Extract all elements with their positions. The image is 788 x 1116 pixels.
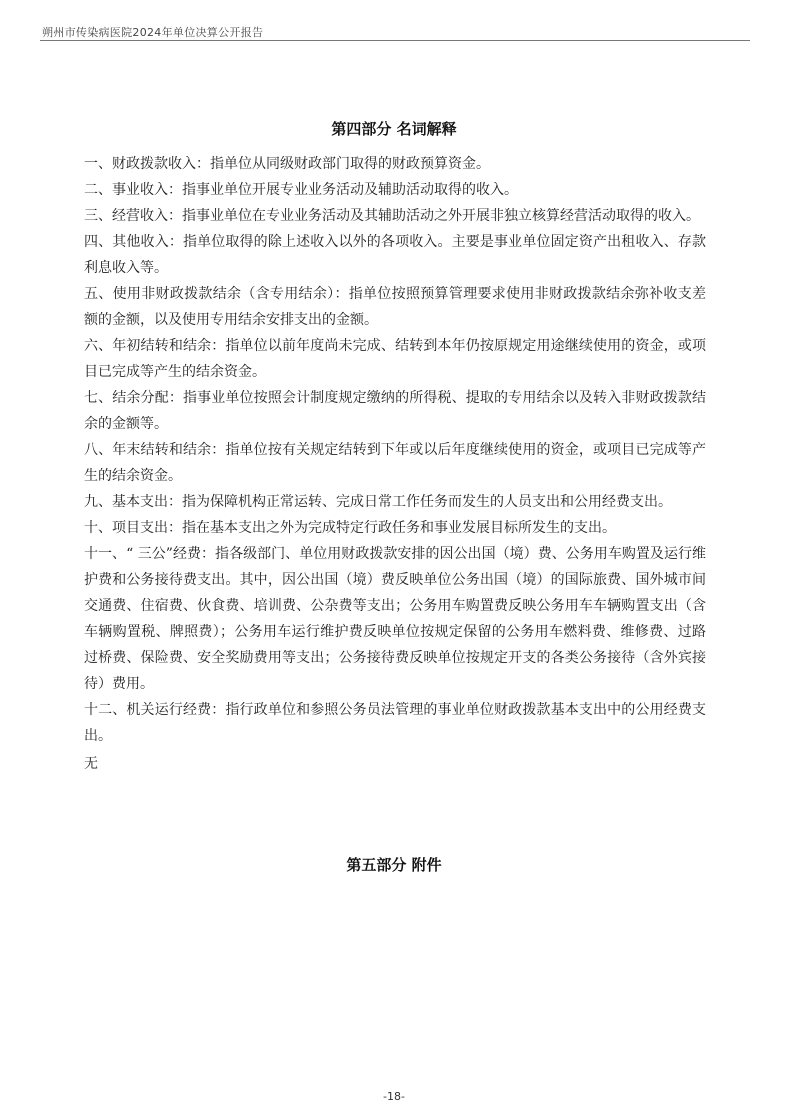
- definition-item: 十一、“ 三公”经费：指各级部门、单位用财政拨款安排的因公出国（境）费、公务用车…: [84, 541, 706, 697]
- report-title: 朔州市传染病医院2024年单位决算公开报告: [42, 24, 263, 40]
- definition-item: 二、事业收入：指事业单位开展专业业务活动及辅助活动取得的收入。: [84, 177, 706, 203]
- definition-item: 五、使用非财政拨款结余（含专用结余）：指单位按照预算管理要求使用非财政拨款结余弥…: [84, 281, 706, 333]
- definition-item: 四、其他收入：指单位取得的除上述收入以外的各项收入。主要是事业单位固定资产出租收…: [84, 229, 706, 281]
- definition-item: 十二、机关运行经费：指行政单位和参照公务员法管理的事业单位财政拨款基本支出中的公…: [84, 697, 706, 749]
- page-header: 朔州市传染病医院2024年单位决算公开报告: [40, 22, 750, 41]
- definition-item: 九、基本支出：指为保障机构正常运转、完成日常工作任务而发生的人员支出和公用经费支…: [84, 489, 706, 515]
- page-number: -18-: [0, 1090, 788, 1103]
- section-note: 无: [84, 751, 706, 777]
- definition-item: 六、年初结转和结余：指单位以前年度尚未完成、结转到本年仍按原规定用途继续使用的资…: [84, 333, 706, 385]
- definition-item: 七、结余分配：指事业单位按照会计制度规定缴纳的所得税、提取的专用结余以及转入非财…: [84, 385, 706, 437]
- definition-item: 十、项目支出：指在基本支出之外为完成特定行政任务和事业发展目标所发生的支出。: [84, 515, 706, 541]
- definition-item: 八、年末结转和结余：指单位按有关规定结转到下年或以后年度继续使用的资金，或项目已…: [84, 437, 706, 489]
- section-4-title: 第四部分 名词解释: [0, 118, 788, 139]
- definitions-list: 一、财政拨款收入：指单位从同级财政部门取得的财政预算资金。 二、事业收入：指事业…: [84, 151, 706, 777]
- section-5-title: 第五部分 附件: [0, 854, 788, 875]
- definition-item: 一、财政拨款收入：指单位从同级财政部门取得的财政预算资金。: [84, 151, 706, 177]
- definition-item: 三、经营收入：指事业单位在专业业务活动及其辅助活动之外开展非独立核算经营活动取得…: [84, 203, 706, 229]
